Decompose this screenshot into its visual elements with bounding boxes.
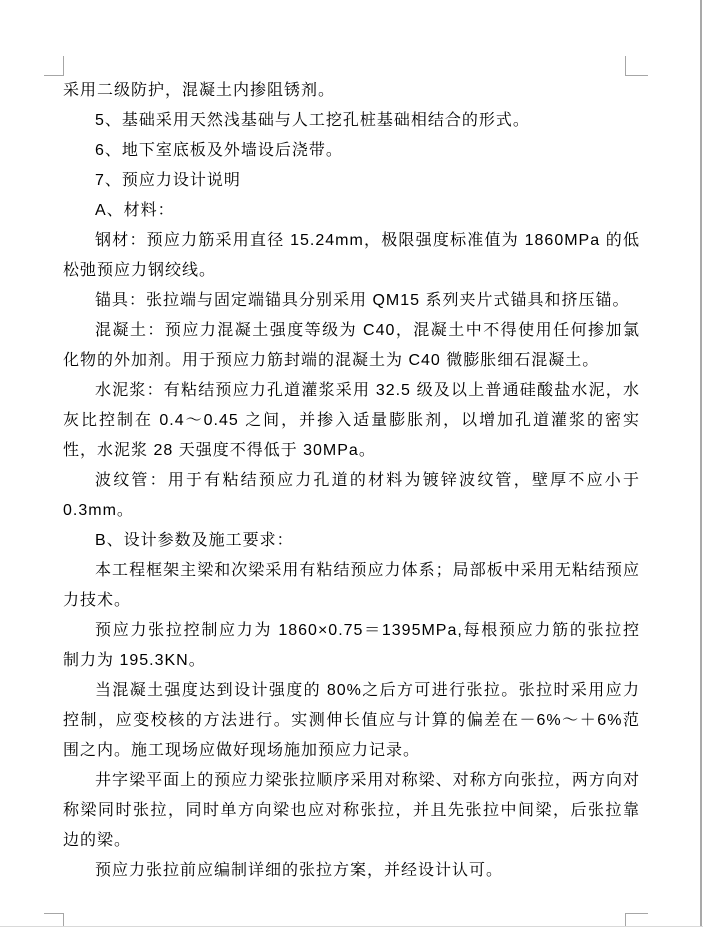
paragraph: 本工程框架主梁和次梁采用有粘结预应力体系；局部板中采用无粘结预应力技术。: [63, 556, 640, 616]
paragraph: 5、基础采用天然浅基础与人工挖孔桩基础相结合的形式。: [63, 106, 640, 136]
paragraph: 7、预应力设计说明: [63, 166, 640, 196]
paragraph: 钢材：预应力筋采用直径 15.24mm，极限强度标准值为 1860MPa 的低松…: [63, 226, 640, 286]
paragraph: 井字梁平面上的预应力梁张拉顺序采用对称梁、对称方向张拉，两方向对称梁同时张拉，同…: [63, 766, 640, 856]
paragraph: 6、地下室底板及外墙设后浇带。: [63, 136, 640, 166]
paragraph: 锚具：张拉端与固定端锚具分别采用 QM15 系列夹片式锚具和挤压锚。: [63, 286, 640, 316]
crop-mark-bottom-left-icon: [44, 913, 64, 926]
page-bottom-edge: [0, 926, 703, 927]
paragraph: 预应力张拉控制应力为 1860×0.75＝1395MPa,每根预应力筋的张拉控制…: [63, 616, 640, 676]
crop-mark-bottom-right-icon: [625, 913, 648, 926]
paragraph: 水泥浆：有粘结预应力孔道灌浆采用 32.5 级及以上普通硅酸盐水泥，水灰比控制在…: [63, 376, 640, 466]
paragraph: B、设计参数及施工要求：: [63, 526, 640, 556]
paragraph: A、材料：: [63, 196, 640, 226]
paragraph: 采用二级防护，混凝土内掺阻锈剂。: [63, 76, 640, 106]
page-right-edge: [700, 0, 702, 927]
paragraph: 当混凝土强度达到设计强度的 80%之后方可进行张拉。张拉时采用应力控制，应变校核…: [63, 676, 640, 766]
crop-mark-top-right-icon: [625, 56, 648, 76]
document-page: 采用二级防护，混凝土内掺阻锈剂。5、基础采用天然浅基础与人工挖孔桩基础相结合的形…: [0, 0, 703, 931]
paragraph: 预应力张拉前应编制详细的张拉方案，并经设计认可。: [63, 856, 640, 886]
paragraph: 波纹管：用于有粘结预应力孔道的材料为镀锌波纹管，壁厚不应小于 0.3mm。: [63, 466, 640, 526]
document-text-area: 采用二级防护，混凝土内掺阻锈剂。5、基础采用天然浅基础与人工挖孔桩基础相结合的形…: [63, 76, 640, 886]
crop-mark-top-left-icon: [44, 56, 64, 76]
paragraph: 混凝土：预应力混凝土强度等级为 C40，混凝土中不得使用任何掺加氯化物的外加剂。…: [63, 316, 640, 376]
